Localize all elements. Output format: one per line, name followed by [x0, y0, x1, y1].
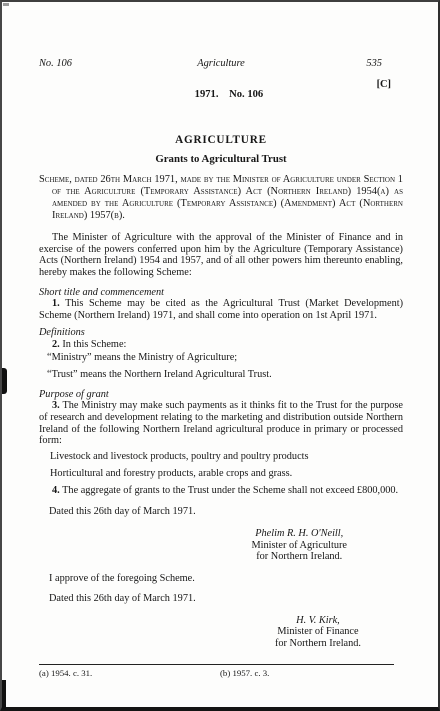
footnote-b: (b) 1957. c. 3. [220, 668, 269, 678]
section-2-text: In this Scheme: [62, 339, 126, 350]
dated-line-1: Dated this 26th day of March 1971. [39, 506, 403, 518]
produce-item-horticultural: Horticultural and forestry products, ara… [39, 468, 403, 480]
signatory-role-line1: Minister of Finance [275, 626, 361, 637]
approval-line: I approve of the foregoing Scheme. [39, 573, 403, 585]
section-4-number: 4. [52, 485, 60, 496]
preamble-paragraph: Scheme, dated 26th March 1971, made by t… [39, 174, 403, 221]
section-2-paragraph: 2. In this Scheme: [39, 339, 403, 351]
section-4-text: The aggregate of grants to the Trust und… [62, 485, 398, 496]
signature-block-finance: H. V. Kirk, Minister of Finance for Nort… [275, 615, 361, 649]
scan-artifact-bottom-left [2, 680, 6, 709]
document-content: No. 106 Agriculture 535 1971. No. 106 [C… [2, 58, 438, 678]
section-1-paragraph: 1. This Scheme may be cited as the Agric… [39, 298, 403, 321]
signatory-role-line1: Minister of Agriculture [251, 540, 347, 551]
document-number-line: 1971. No. 106 [C] [39, 78, 403, 124]
section-3-paragraph: 3. The Ministry may make such payments a… [39, 400, 403, 446]
running-header-subject: Agriculture [129, 58, 313, 70]
definition-trust: “Trust” means the Northern Ireland Agric… [39, 369, 403, 381]
footnote-rule [39, 664, 394, 665]
scanned-document-page: No. 106 Agriculture 535 1971. No. 106 [C… [0, 0, 440, 711]
section-heading-purpose: Purpose of grant [39, 389, 403, 401]
section-1-number: 1. [52, 298, 60, 309]
category-heading: AGRICULTURE [39, 134, 403, 146]
document-title: Grants to Agricultural Trust [39, 153, 403, 165]
classification-mark: [C] [377, 79, 391, 91]
running-header: No. 106 Agriculture 535 [39, 58, 403, 70]
section-2-number: 2. [52, 339, 60, 350]
section-heading-short-title: Short title and commencement [39, 287, 403, 299]
footnotes: (a) 1954. c. 31. (b) 1957. c. 3. [39, 668, 403, 678]
footnote-a: (a) 1954. c. 31. [39, 668, 220, 678]
section-heading-definitions: Definitions [39, 327, 403, 339]
signatory-role-line2: for Northern Ireland. [251, 551, 347, 562]
dated-line-2: Dated this 26th day of March 1971. [39, 593, 403, 605]
definition-ministry: “Ministry” means the Ministry of Agricul… [39, 352, 403, 364]
section-4-paragraph: 4. The aggregate of grants to the Trust … [39, 485, 403, 497]
produce-item-livestock: Livestock and livestock products, poultr… [39, 451, 403, 463]
section-3-text: The Ministry may make such payments as i… [39, 400, 403, 446]
scan-artifact-top-left [3, 3, 9, 6]
signatory-name-oneill: Phelim R. H. O'Neill, [251, 528, 347, 539]
section-1-text: This Scheme may be cited as the Agricult… [39, 298, 403, 321]
enacting-paragraph: The Minister of Agriculture with the app… [39, 232, 403, 278]
signatory-name-kirk: H. V. Kirk, [275, 615, 361, 626]
document-number: 1971. No. 106 [195, 89, 264, 100]
signature-block-agriculture: Phelim R. H. O'Neill, Minister of Agricu… [251, 528, 347, 562]
running-header-page-number: 535 [313, 58, 403, 70]
signatory-role-line2: for Northern Ireland. [275, 638, 361, 649]
section-3-number: 3. [52, 400, 60, 411]
running-header-doc-number: No. 106 [39, 58, 129, 70]
